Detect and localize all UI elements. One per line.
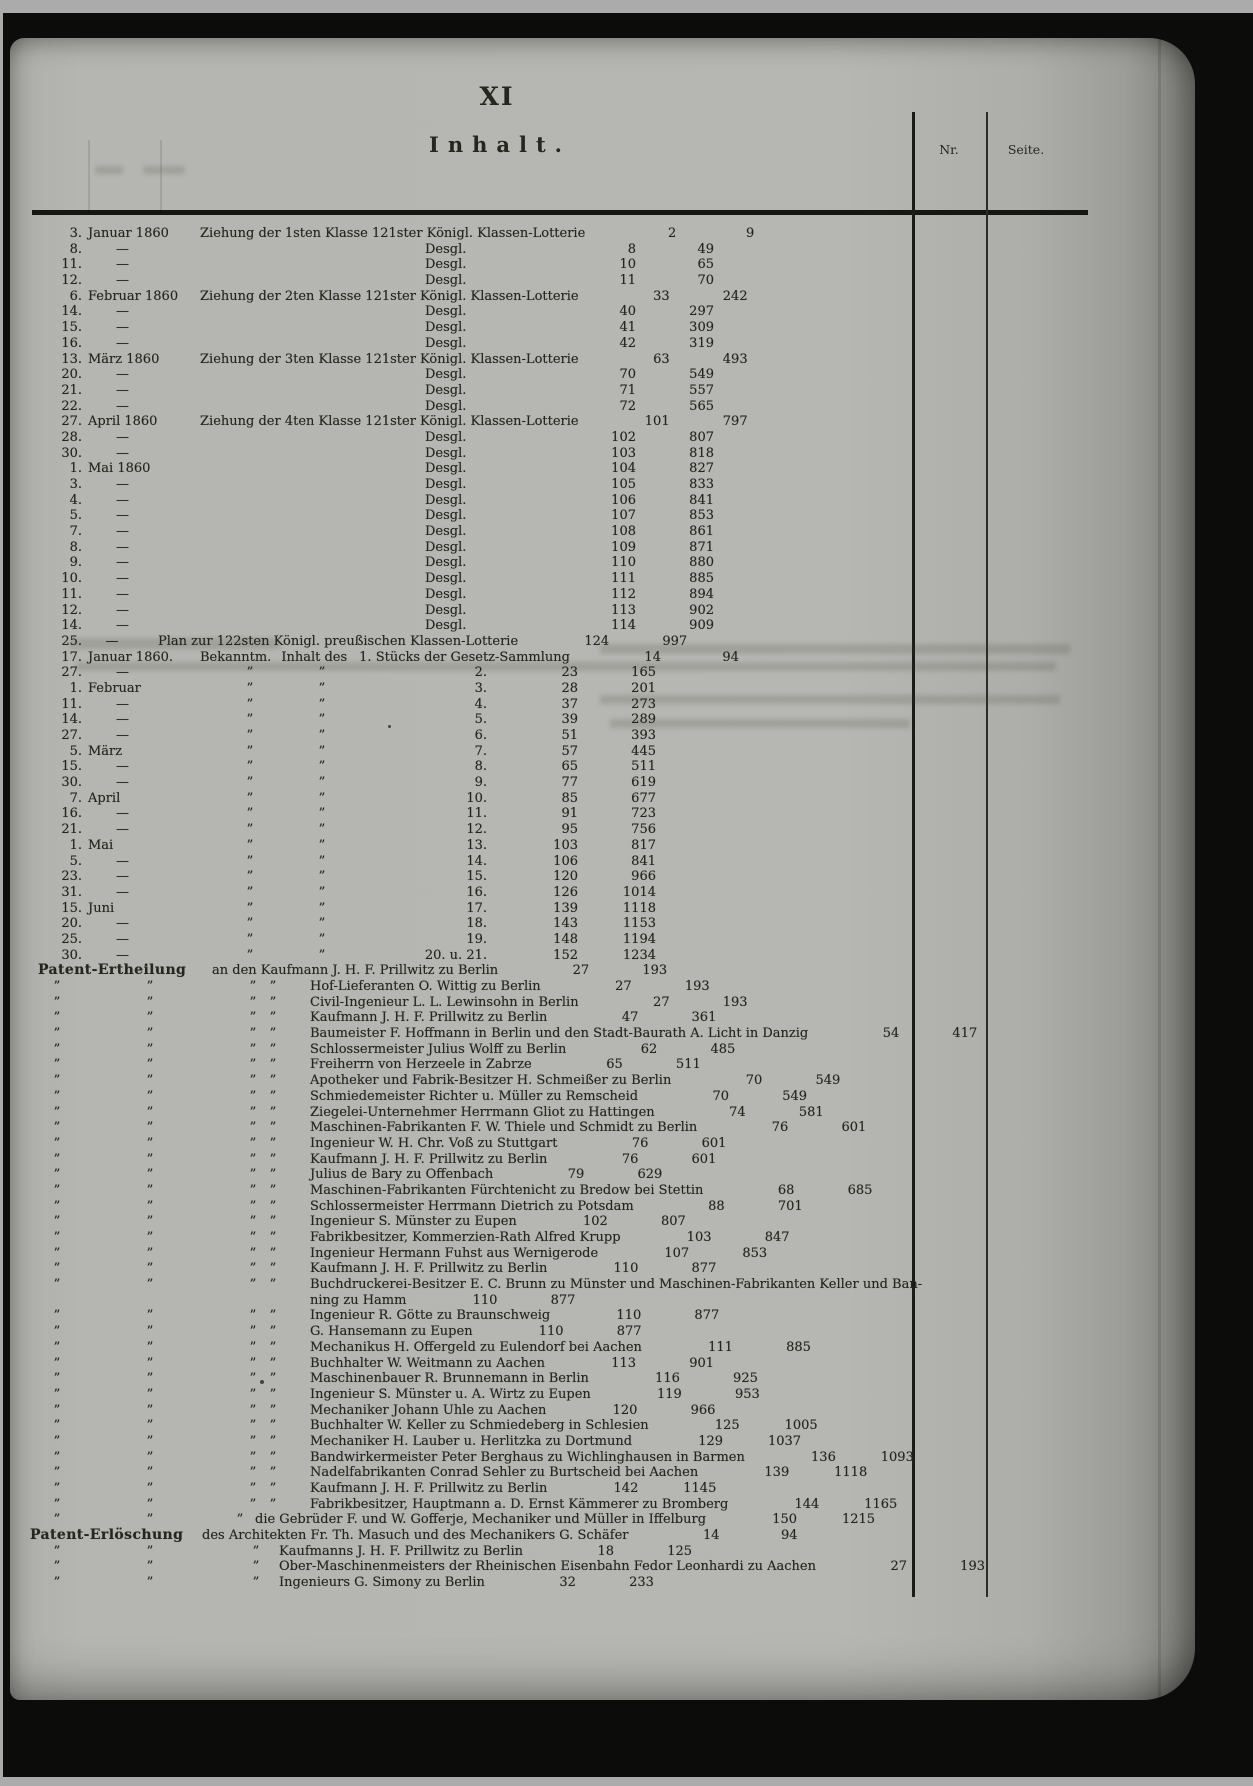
ditto-mark: ” xyxy=(50,1261,64,1277)
date-month: — xyxy=(82,822,200,838)
nr-value: 57 xyxy=(525,744,599,760)
desgl-text: Desgl. xyxy=(200,493,545,509)
desgl-text: Desgl. xyxy=(200,603,545,619)
date-month: — xyxy=(82,508,200,524)
entry-text: Ingenieur Hermann Fuhst aus Wernigerode xyxy=(310,1246,598,1262)
seite-value: 701 xyxy=(746,1199,826,1215)
seite-value: 165 xyxy=(599,665,679,681)
ditto-mark: ” xyxy=(246,1057,260,1073)
nr-value: 142 xyxy=(585,1481,659,1497)
seite-value: 902 xyxy=(657,603,737,619)
ditto-mark: ” xyxy=(50,1418,64,1434)
seite-value: 565 xyxy=(657,399,737,415)
toc-row: ””””Maschinenbauer R. Brunnemann in Berl… xyxy=(30,1371,1070,1387)
ditto-mark: ” xyxy=(266,1057,280,1073)
document-page: XI Inhalt. Nr. Seite. 3.Januar 1860Ziehu… xyxy=(10,38,1195,1700)
entry-text: Baumeister F. Hoffmann in Berlin und den… xyxy=(310,1026,808,1042)
seite-value: 361 xyxy=(659,1010,739,1026)
date-month: — xyxy=(82,869,200,885)
ditto-mark: ” xyxy=(50,1199,64,1215)
desgl-text: Desgl. xyxy=(200,257,545,273)
seite-value: 1118 xyxy=(810,1465,890,1481)
ditto-mark: ” xyxy=(266,1418,280,1434)
seite-value: 833 xyxy=(657,477,737,493)
desgl-text: Desgl. xyxy=(200,304,545,320)
ditto-mark: ” xyxy=(143,1356,157,1372)
ditto-mark: ” xyxy=(315,665,329,681)
date-day: 15. xyxy=(30,759,82,775)
ditto-mark: ” xyxy=(266,1042,280,1058)
nr-value: 110 xyxy=(444,1293,518,1309)
entry-text: Fabrikbesitzer, Kommerzien-Rath Alfred K… xyxy=(310,1230,621,1246)
seite-value: 756 xyxy=(599,822,679,838)
ditto-mark: ” xyxy=(246,995,260,1011)
entry-text: Kaufmann J. H. F. Prillwitz zu Berlin xyxy=(310,1481,547,1497)
date-month: — xyxy=(82,916,200,932)
date-day: 21. xyxy=(30,822,82,838)
date-month: — xyxy=(82,948,200,964)
seite-value: 94 xyxy=(740,1528,820,1544)
stueck-number: 20. u. 21. xyxy=(329,948,487,964)
ditto-mark: ” xyxy=(50,1026,64,1042)
entry-text: Ziehung der 2ten Klasse 121ster Königl. … xyxy=(200,289,579,305)
toc-row: ”””Ingenieurs G. Simony zu Berlin32233 xyxy=(30,1575,1070,1591)
nr-value: 77 xyxy=(525,775,599,791)
ditto-mark: ” xyxy=(266,1136,280,1152)
ditto-mark: ” xyxy=(266,1403,280,1419)
stueck-number: 17. xyxy=(329,901,487,917)
toc-row: ””””Mechaniker Johann Uhle zu Aachen1209… xyxy=(30,1403,1070,1419)
ditto-mark: ” xyxy=(246,1089,260,1105)
seite-value: 885 xyxy=(754,1340,834,1356)
ditto-mark: ” xyxy=(243,948,257,964)
toc-row: 14.—””5.39289 xyxy=(30,712,1070,728)
date-day: 25. xyxy=(30,932,82,948)
seite-value: 193 xyxy=(653,979,733,995)
ditto-mark: ” xyxy=(50,1230,64,1246)
nr-value: 23 xyxy=(525,665,599,681)
toc-row: 13.März 1860Ziehung der 3ten Klasse 121s… xyxy=(30,352,1070,368)
entry-text: Inhalt des xyxy=(281,650,347,666)
nr-value: 106 xyxy=(583,493,657,509)
nr-value: 39 xyxy=(525,712,599,728)
seite-value: 817 xyxy=(599,838,679,854)
ditto-mark: ” xyxy=(266,1497,280,1513)
ditto-mark: ” xyxy=(243,869,257,885)
ditto-mark: ” xyxy=(266,1120,280,1136)
nr-value: 33 xyxy=(617,289,691,305)
toc-row: 4.—Desgl.106841 xyxy=(30,493,1070,509)
toc-row: 3.—Desgl.105833 xyxy=(30,477,1070,493)
nr-value: 14 xyxy=(666,1528,740,1544)
nr-value: 88 xyxy=(672,1199,746,1215)
nr-value: 108 xyxy=(583,524,657,540)
date-day: 12. xyxy=(30,273,82,289)
toc-row: ””””Julius de Bary zu Offenbach79629 xyxy=(30,1167,1070,1183)
ditto-mark: ” xyxy=(246,1230,260,1246)
seite-value: 807 xyxy=(657,430,737,446)
desgl-text: Desgl. xyxy=(200,524,545,540)
nr-value: 65 xyxy=(570,1057,644,1073)
entry-text: Freiherrn von Herzeele in Zabrze xyxy=(310,1057,532,1073)
toc-row: ””””Schmiedemeister Richter u. Müller zu… xyxy=(30,1089,1070,1105)
ditto-mark: ” xyxy=(266,1073,280,1089)
ditto-mark: ” xyxy=(266,1481,280,1497)
seite-value: 871 xyxy=(657,540,737,556)
desgl-text: Desgl. xyxy=(200,430,545,446)
date-month: — xyxy=(82,273,200,289)
date-day: 8. xyxy=(30,242,82,258)
seite-value: 1014 xyxy=(599,885,679,901)
ditto-mark: ” xyxy=(143,1308,157,1324)
toc-row: 5.—Desgl.107853 xyxy=(30,508,1070,524)
toc-row: ””””Hof-Lieferanten O. Wittig zu Berlin2… xyxy=(30,979,1070,995)
nr-value: 95 xyxy=(525,822,599,838)
seite-value: 309 xyxy=(657,320,737,336)
ditto-mark: ” xyxy=(243,681,257,697)
toc-row: ””””Schlossermeister Herrmann Dietrich z… xyxy=(30,1199,1070,1215)
entry-text: Ziegelei-Unternehmer Herrmann Gliot zu H… xyxy=(310,1105,655,1121)
ditto-mark: ” xyxy=(315,791,329,807)
nr-value: 91 xyxy=(525,806,599,822)
toc-row: 22.—Desgl.72565 xyxy=(30,399,1070,415)
entry-text: Ziehung der 1sten Klasse 121ster Königl.… xyxy=(200,226,585,242)
ditto-mark: ” xyxy=(243,791,257,807)
ditto-mark: ” xyxy=(143,1230,157,1246)
toc-row: ””””Nadelfabrikanten Conrad Sehler zu Bu… xyxy=(30,1465,1070,1481)
seite-value: 807 xyxy=(629,1214,709,1230)
ditto-mark: ” xyxy=(246,1481,260,1497)
date-month: — xyxy=(82,430,200,446)
ditto-mark: ” xyxy=(246,1214,260,1230)
ditto-mark: ” xyxy=(266,1183,280,1199)
nr-value: 27 xyxy=(854,1559,928,1575)
ditto-mark: ” xyxy=(50,1167,64,1183)
ditto-mark: ” xyxy=(143,1371,157,1387)
ditto-mark: ” xyxy=(243,822,257,838)
date-month: — xyxy=(82,587,200,603)
date-day: 10. xyxy=(30,571,82,587)
date-month: Mai 1860 xyxy=(82,461,200,477)
seite-value: 70 xyxy=(657,273,737,289)
ditto-mark: ” xyxy=(143,1105,157,1121)
toc-row: ””””Buchhalter W. Keller zu Schmiedeberg… xyxy=(30,1418,1070,1434)
ditto-mark: ” xyxy=(243,665,257,681)
toc-row: 28.—Desgl.102807 xyxy=(30,430,1070,446)
nr-value: 41 xyxy=(583,320,657,336)
ditto-mark: ” xyxy=(143,1057,157,1073)
nr-value: 32 xyxy=(523,1575,597,1591)
ditto-mark: ” xyxy=(315,838,329,854)
ditto-mark: ” xyxy=(315,885,329,901)
date-month: — xyxy=(82,383,200,399)
ditto-mark: ” xyxy=(143,1167,157,1183)
toc-row: 14.—Desgl.114909 xyxy=(30,618,1070,634)
ditto-mark: ” xyxy=(233,1512,247,1528)
toc-row: ””””Maschinen-Fabrikanten F. W. Thiele u… xyxy=(30,1120,1070,1136)
toc-row: Patent-Ertheilungan den Kaufmann J. H. F… xyxy=(30,963,1070,979)
toc-row: 16.—””11.91723 xyxy=(30,806,1070,822)
nr-value: 72 xyxy=(583,399,657,415)
ditto-mark: ” xyxy=(243,775,257,791)
nr-value: 76 xyxy=(585,1152,659,1168)
ditto-mark: ” xyxy=(50,1042,64,1058)
ditto-mark: ” xyxy=(50,1308,64,1324)
entry-text: Buchdruckerei-Besitzer E. C. Brunn zu Mü… xyxy=(310,1277,922,1293)
seite-value: 601 xyxy=(659,1152,739,1168)
date-month: — xyxy=(82,320,200,336)
stueck-number: 13. xyxy=(329,838,487,854)
toc-row: 5.März””7.57445 xyxy=(30,744,1070,760)
nr-value: 144 xyxy=(766,1497,840,1513)
seite-value: 511 xyxy=(644,1057,724,1073)
date-month: — xyxy=(82,477,200,493)
toc-row: ””””Mechaniker H. Lauber u. Herlitzka zu… xyxy=(30,1434,1070,1450)
nr-value: 119 xyxy=(629,1387,703,1403)
nr-value: 125 xyxy=(687,1418,761,1434)
ditto-mark: ” xyxy=(243,697,257,713)
stueck-number: 8. xyxy=(329,759,487,775)
ditto-mark: ” xyxy=(143,1450,157,1466)
ditto-mark: ” xyxy=(246,1105,260,1121)
ditto-mark: ” xyxy=(266,1308,280,1324)
ditto-mark: ” xyxy=(315,697,329,713)
nr-value: 109 xyxy=(583,540,657,556)
ditto-mark: ” xyxy=(249,1575,263,1591)
desgl-text: Desgl. xyxy=(200,320,545,336)
ditto-mark: ” xyxy=(143,1434,157,1450)
entry-text: Ober-Maschinenmeisters der Rheinischen E… xyxy=(279,1559,816,1575)
toc-row: 14.—Desgl.40297 xyxy=(30,304,1070,320)
stueck-number: 5. xyxy=(329,712,487,728)
ditto-mark: ” xyxy=(246,1246,260,1262)
toc-row: 12.—Desgl.113902 xyxy=(30,603,1070,619)
nr-value: 102 xyxy=(555,1214,629,1230)
nr-value: 136 xyxy=(783,1450,857,1466)
entry-text: Bandwirkermeister Peter Berghaus zu Wich… xyxy=(310,1450,745,1466)
toc-row: ””””Ingenieur S. Münster zu Eupen102807 xyxy=(30,1214,1070,1230)
ditto-mark: ” xyxy=(246,1261,260,1277)
toc-row: ””””Maschinen-Fabrikanten Fürchtenicht z… xyxy=(30,1183,1070,1199)
ditto-mark: ” xyxy=(50,1512,64,1528)
ditto-mark: ” xyxy=(143,1120,157,1136)
nr-value: 8 xyxy=(583,242,657,258)
ditto-mark: ” xyxy=(50,1152,64,1168)
entry-text: des Architekten Fr. Th. Masuch und des M… xyxy=(202,1528,628,1544)
date-month: — xyxy=(82,854,200,870)
toc-row: ””””Kaufmann J. H. F. Prillwitz zu Berli… xyxy=(30,1010,1070,1026)
desgl-text: Desgl. xyxy=(200,242,545,258)
nr-value: 18 xyxy=(561,1544,635,1560)
toc-row: ”””Ober-Maschinenmeisters der Rheinische… xyxy=(30,1559,1070,1575)
ditto-mark: ” xyxy=(266,1152,280,1168)
entry-text: Mechanikus H. Offergeld zu Eulendorf bei… xyxy=(310,1340,642,1356)
seite-value: 841 xyxy=(599,854,679,870)
toc-row: 21.—””12.95756 xyxy=(30,822,1070,838)
seite-value: 909 xyxy=(657,618,737,634)
ditto-mark: ” xyxy=(315,916,329,932)
toc-row: ””””Kaufmann J. H. F. Prillwitz zu Berli… xyxy=(30,1481,1070,1497)
seite-value: 549 xyxy=(783,1073,863,1089)
ditto-mark: ” xyxy=(50,1340,64,1356)
ditto-mark: ” xyxy=(50,1434,64,1450)
date-month: — xyxy=(82,304,200,320)
date-day: 1. xyxy=(30,838,82,854)
date-month: — xyxy=(82,618,200,634)
toc-row: 30.—””9.77619 xyxy=(30,775,1070,791)
date-month: April xyxy=(82,791,200,807)
ditto-mark: ” xyxy=(315,948,329,964)
seite-value: 201 xyxy=(599,681,679,697)
ditto-mark: ” xyxy=(50,1277,64,1293)
ditto-mark: ” xyxy=(246,1465,260,1481)
toc-row: ””””Apotheker und Fabrik-Besitzer H. Sch… xyxy=(30,1073,1070,1089)
table-header-rule xyxy=(32,210,1088,215)
ditto-mark: ” xyxy=(243,885,257,901)
ditto-mark: ” xyxy=(50,1183,64,1199)
date-day: 11. xyxy=(30,697,82,713)
seite-value: 1153 xyxy=(599,916,679,932)
date-month: — xyxy=(82,493,200,509)
date-month: Mai xyxy=(82,838,200,854)
nr-value: 27 xyxy=(617,995,691,1011)
seite-value: 393 xyxy=(599,728,679,744)
seite-value: 417 xyxy=(920,1026,1000,1042)
nr-value: 124 xyxy=(556,634,630,650)
entry-text: Ingenieurs G. Simony zu Berlin xyxy=(279,1575,485,1591)
stueck-number: 7. xyxy=(329,744,487,760)
ghost-smudge xyxy=(143,166,185,174)
seite-value: 581 xyxy=(767,1105,847,1121)
toc-row: ””””Mechanikus H. Offergeld zu Eulendorf… xyxy=(30,1340,1070,1356)
seite-value: 193 xyxy=(928,1559,1008,1575)
seite-value: 65 xyxy=(657,257,737,273)
stueck-number: 3. xyxy=(329,681,487,697)
seite-column-header: Seite. xyxy=(986,142,1066,157)
date-month: März xyxy=(82,744,200,760)
ditto-mark: ” xyxy=(143,1340,157,1356)
ditto-mark: ” xyxy=(143,1575,157,1591)
ditto-mark: ” xyxy=(50,995,64,1011)
seite-value: 125 xyxy=(635,1544,715,1560)
toc-row: 27.—””2.23165 xyxy=(30,665,1070,681)
ditto-mark: ” xyxy=(246,1418,260,1434)
ditto-mark: ” xyxy=(246,1324,260,1340)
date-month: März 1860 xyxy=(82,352,200,368)
nr-value: 51 xyxy=(525,728,599,744)
ditto-mark: ” xyxy=(50,1575,64,1591)
date-month: Januar 1860. xyxy=(82,650,200,666)
desgl-text: Desgl. xyxy=(200,399,545,415)
entry-text: Hof-Lieferanten O. Wittig zu Berlin xyxy=(310,979,541,995)
ghost-rule xyxy=(160,140,162,214)
ditto-mark: ” xyxy=(50,1089,64,1105)
nr-value: 111 xyxy=(680,1340,754,1356)
ditto-mark: ” xyxy=(246,1277,260,1293)
date-day: 30. xyxy=(30,775,82,791)
seite-value: 1194 xyxy=(599,932,679,948)
date-day: 4. xyxy=(30,493,82,509)
date-day: 6. xyxy=(30,289,82,305)
ditto-mark: ” xyxy=(246,1497,260,1513)
ditto-mark: ” xyxy=(246,1340,260,1356)
toc-row: 11.—””4.37273 xyxy=(30,697,1070,713)
toc-row: ””””Bandwirkermeister Peter Berghaus zu … xyxy=(30,1450,1070,1466)
ditto-mark: ” xyxy=(243,854,257,870)
entry-text: Bekanntm. xyxy=(200,650,271,666)
ditto-mark: ” xyxy=(143,1403,157,1419)
ditto-mark: ” xyxy=(50,1073,64,1089)
ditto-mark: ” xyxy=(143,1089,157,1105)
ditto-mark: ” xyxy=(143,1418,157,1434)
ditto-mark: ” xyxy=(246,1450,260,1466)
ditto-mark: ” xyxy=(266,1450,280,1466)
ditto-mark: ” xyxy=(266,1089,280,1105)
toc-row: 7.April””10.85677 xyxy=(30,791,1070,807)
seite-value: 797 xyxy=(691,414,771,430)
ditto-mark: ” xyxy=(143,1214,157,1230)
date-month: April 1860 xyxy=(82,414,200,430)
desgl-text: Desgl. xyxy=(200,477,545,493)
ditto-mark: ” xyxy=(266,1010,280,1026)
stueck-number: 15. xyxy=(329,869,487,885)
date-day: 3. xyxy=(30,477,82,493)
ditto-mark: ” xyxy=(143,1481,157,1497)
ditto-mark: ” xyxy=(246,1183,260,1199)
paper-crease xyxy=(1158,38,1161,1700)
ditto-mark: ” xyxy=(246,1308,260,1324)
section-label: Patent-Ertheilung xyxy=(38,963,202,979)
ditto-mark: ” xyxy=(266,1214,280,1230)
entry-text: ning zu Hamm xyxy=(310,1293,406,1309)
toc-row: ”””die Gebrüder F. und W. Gofferje, Mech… xyxy=(30,1512,1070,1528)
nr-column-header: Nr. xyxy=(912,142,986,157)
ditto-mark: ” xyxy=(246,979,260,995)
ditto-mark: ” xyxy=(143,1073,157,1089)
seite-value: 549 xyxy=(657,367,737,383)
date-day: 17. xyxy=(30,650,82,666)
entry-text: Schlossermeister Herrmann Dietrich zu Po… xyxy=(310,1199,634,1215)
toc-row: 1.Februar””3.28201 xyxy=(30,681,1070,697)
ditto-mark: ” xyxy=(315,712,329,728)
entry-text: Maschinenbauer R. Brunnemann in Berlin xyxy=(310,1371,589,1387)
date-day: 12. xyxy=(30,603,82,619)
nr-value: 40 xyxy=(583,304,657,320)
entry-text: Mechaniker H. Lauber u. Herlitzka zu Dor… xyxy=(310,1434,632,1450)
entry-text: Ziehung der 4ten Klasse 121ster Königl. … xyxy=(200,414,579,430)
entry-text: Kaufmann J. H. F. Prillwitz zu Berlin xyxy=(310,1261,547,1277)
toc-row: 30.—””20. u. 21.1521234 xyxy=(30,948,1070,964)
ditto-mark: ” xyxy=(315,775,329,791)
ditto-mark: ” xyxy=(143,1042,157,1058)
ditto-mark: ” xyxy=(50,1356,64,1372)
desgl-text: Desgl. xyxy=(200,555,545,571)
toc-row: 27.April 1860Ziehung der 4ten Klasse 121… xyxy=(30,414,1070,430)
toc-row: 6.Februar 1860Ziehung der 2ten Klasse 12… xyxy=(30,289,1070,305)
toc-row: 7.—Desgl.108861 xyxy=(30,524,1070,540)
ditto-mark: ” xyxy=(266,1434,280,1450)
nr-value: 126 xyxy=(525,885,599,901)
ditto-mark: ” xyxy=(266,1340,280,1356)
seite-value: 685 xyxy=(815,1183,895,1199)
date-month: — xyxy=(82,697,200,713)
nr-value: 37 xyxy=(525,697,599,713)
seite-value: 885 xyxy=(657,571,737,587)
ditto-mark: ” xyxy=(246,1434,260,1450)
toc-row: 15.—Desgl.41309 xyxy=(30,320,1070,336)
toc-row: 5.—””14.106841 xyxy=(30,854,1070,870)
date-day: 8. xyxy=(30,540,82,556)
